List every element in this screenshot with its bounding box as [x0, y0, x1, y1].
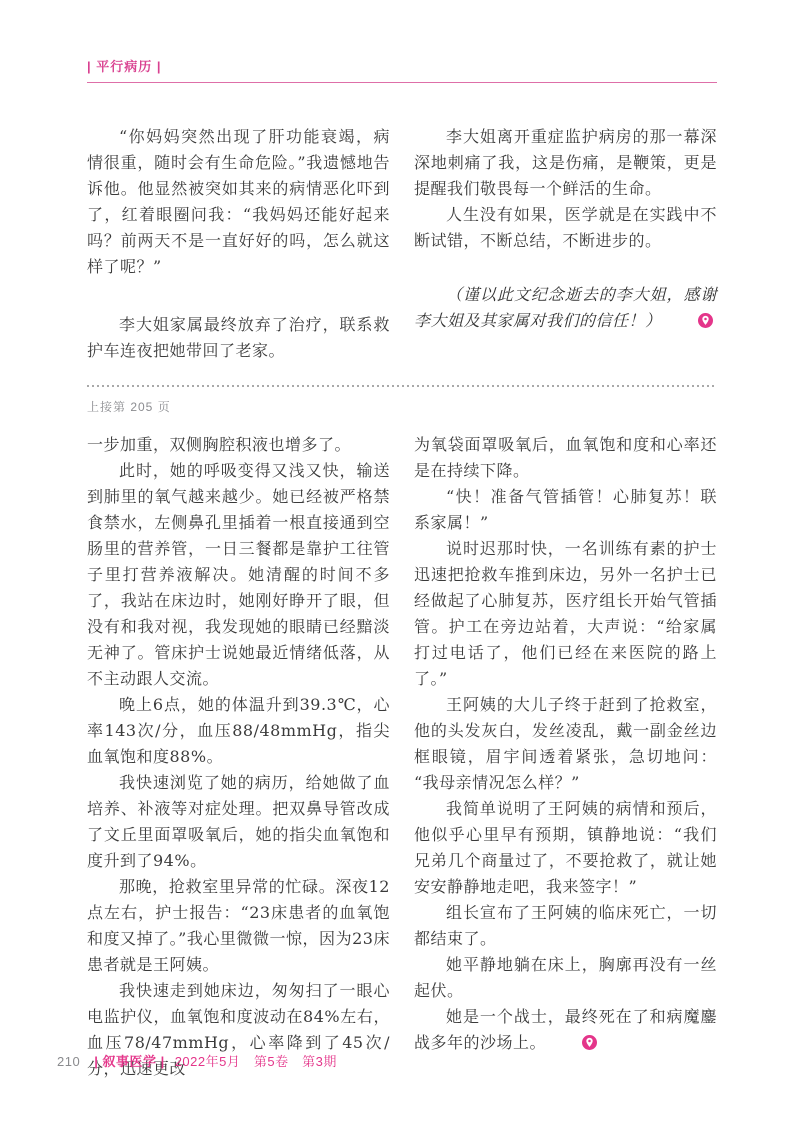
column-title: | 平行病历 | [87, 59, 162, 74]
dotted-divider [87, 385, 717, 387]
paragraph: 为氧袋面罩吸氧后，血氧饱和度和心率还是在持续下降。 [414, 432, 717, 484]
paragraph-final: 她是一个战士，最终死在了和病魔鏖战多年的沙场上。 [414, 1004, 717, 1056]
paragraph: 我快速浏览了她的病历，给她做了血培养、补液等对症处理。把双鼻导管改成了文丘里面罩… [87, 770, 390, 874]
issue-info: 2022年5月 第5卷 第3期 [175, 1051, 337, 1070]
continued-from-label: 上接第 205 页 [87, 398, 171, 415]
paragraph: 李大姐家属最终放弃了治疗，联系救护车连夜把她带回了老家。 [87, 312, 390, 364]
paragraph: 王阿姨的大儿子终于赶到了抢救室，他的头发灰白，发丝凌乱，戴一副金丝边框眼镜，眉宇… [414, 692, 717, 796]
left-column: “你妈妈突然出现了肝功能衰竭，病情很重，随时会有生命危险。”我遗憾地告诉他。他显… [87, 124, 390, 364]
section-masthead: | 平行病历 | [87, 56, 717, 83]
paragraph: 李大姐离开重症监护病房的那一幕深深地刺痛了我，这是伤痛，是鞭策，更是提醒我们敬畏… [414, 124, 717, 202]
paragraph: 说时迟那时快，一名训练有素的护士迅速把抢救车推到床边，另外一名护士已经做起了心肺… [414, 536, 717, 692]
paragraph: 我简单说明了王阿姨的病情和预后，他似乎心里早有预期，镇静地说：“我们兄弟几个商量… [414, 796, 717, 900]
right-column: 李大姐离开重症监护病房的那一幕深深地刺痛了我，这是伤痛，是鞭策，更是提醒我们敬畏… [414, 124, 717, 364]
left-column: 一步加重，双侧胸腔积液也增多了。 此时，她的呼吸变得又浅又快，输送到肺里的氧气越… [87, 432, 390, 1082]
end-of-article-pin-icon [550, 1035, 597, 1050]
page-number: 210 [57, 1054, 80, 1069]
paragraph: 一步加重，双侧胸腔积液也增多了。 [87, 432, 390, 458]
journal-name: | 叙事医学 | [94, 1051, 165, 1070]
right-column: 为氧袋面罩吸氧后，血氧饱和度和心率还是在持续下降。 “快！准备气管插管！心肺复苏… [414, 432, 717, 1082]
paragraph: 那晚，抢救室里异常的忙碌。深夜12点左右，护士报告：“23床患者的血氧饱和度又掉… [87, 874, 390, 978]
journal-page: | 平行病历 | “你妈妈突然出现了肝功能衰竭，病情很重，随时会有生命危险。”我… [0, 0, 800, 1124]
paragraph: “快！准备气管插管！心肺复苏！联系家属！” [414, 484, 717, 536]
page-footer: 210 | 叙事医学 | 2022年5月 第5卷 第3期 [57, 1051, 337, 1070]
article-end-section: “你妈妈突然出现了肝功能衰竭，病情很重，随时会有生命危险。”我遗憾地告诉他。他显… [87, 124, 717, 364]
dedication-note: （谨以此文纪念逝去的李大姐，感谢李大姐及其家属对我们的信任！） [414, 282, 717, 334]
paragraph: 人生没有如果，医学就是在实践中不断试错，不断总结，不断进步的。 [414, 202, 717, 254]
continued-article-section: 一步加重，双侧胸腔积液也增多了。 此时，她的呼吸变得又浅又快，输送到肺里的氧气越… [87, 432, 717, 1082]
paragraph: 组长宣布了王阿姨的临床死亡，一切都结束了。 [414, 900, 717, 952]
end-of-article-pin-icon [666, 313, 713, 328]
paragraph: 她平静地躺在床上，胸廓再没有一丝起伏。 [414, 952, 717, 1004]
paragraph: 此时，她的呼吸变得又浅又快，输送到肺里的氧气越来越少。她已经被严格禁食禁水，左侧… [87, 458, 390, 692]
paragraph: 晚上6点，她的体温升到39.3℃，心率143次/分，血压88/48mmHg，指尖… [87, 692, 390, 770]
paragraph: “你妈妈突然出现了肝功能衰竭，病情很重，随时会有生命危险。”我遗憾地告诉他。他显… [87, 124, 390, 280]
